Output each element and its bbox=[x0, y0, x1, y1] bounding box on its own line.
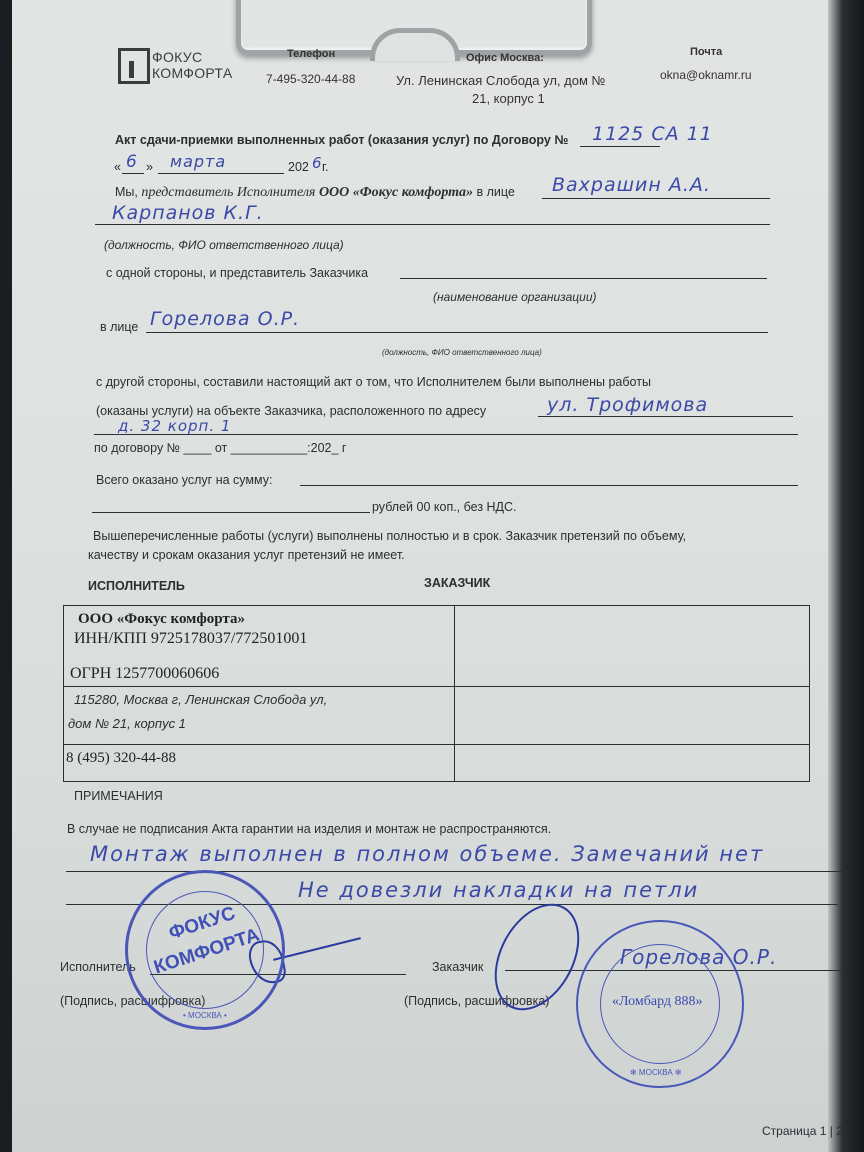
parties-table: ООО «Фокус комфорта» ИНН/КПП 9725178037/… bbox=[63, 605, 810, 782]
mail-label: Почта bbox=[690, 46, 722, 58]
address-prefix: (оказаны услуги) на объекте Заказчика, р… bbox=[96, 404, 486, 418]
complete-line1: Вышеперечисленные работы (услуги) выполн… bbox=[93, 529, 686, 543]
executor-heading: ИСПОЛНИТЕЛЬ bbox=[88, 579, 185, 593]
warranty-text: В случае не подписания Акта гарантии на … bbox=[67, 822, 551, 836]
executor-ogrn: ОГРН 1257700060606 bbox=[70, 665, 219, 683]
logo-line1: ФОКУС bbox=[152, 49, 232, 65]
page-number: Страница 1 | 2 bbox=[762, 1124, 843, 1138]
we-prefix: Мы, bbox=[115, 185, 141, 199]
org-caption: (наименование организации) bbox=[433, 290, 597, 304]
executor-stamp: ФОКУС КОМФОРТА • МОСКВА • bbox=[125, 870, 285, 1030]
date-day-line bbox=[122, 173, 144, 174]
executor-company-inline: ООО «Фокус комфорта» bbox=[319, 185, 473, 200]
one-side-text: с одной стороны, и представитель Заказчи… bbox=[106, 266, 368, 280]
logo-line2: КОМФОРТА bbox=[152, 65, 232, 81]
executor-company-text: ООО «Фокус комфорта» bbox=[78, 611, 245, 627]
customer-heading: ЗАКАЗЧИК bbox=[424, 576, 490, 590]
phone-label: Телефон bbox=[287, 48, 335, 60]
office-label: Офис Москва: bbox=[466, 52, 544, 64]
customer-caption: (должность, ФИО ответственного лица) bbox=[382, 348, 542, 357]
in-person-label: в лице bbox=[100, 320, 138, 334]
office-line1: Ул. Ленинская Слобода ул, дом № bbox=[396, 73, 605, 88]
note2-hand: Не довезли накладки на петли bbox=[298, 878, 699, 902]
rub-text: рублей 00 коп., без НДС. bbox=[372, 500, 517, 514]
total-sum-line bbox=[300, 485, 798, 486]
customer-org-line bbox=[400, 278, 767, 279]
mail-value: okna@oknamr.ru bbox=[660, 68, 752, 82]
executor-inn-kpp: ИНН/КПП 9725178037/772501001 bbox=[74, 630, 307, 648]
total-rub-line bbox=[92, 512, 370, 513]
address-hand2: д. 32 корп. 1 bbox=[118, 417, 231, 435]
we-suffix: в лице bbox=[473, 185, 515, 199]
executor-phone: 8 (495) 320-44-88 bbox=[66, 750, 176, 767]
executor-address2: дом № 21, корпус 1 bbox=[68, 716, 186, 731]
contract-no-line bbox=[580, 146, 660, 147]
customer-stamp-city: ✻ МОСКВА ✻ bbox=[630, 1068, 682, 1077]
column-divider bbox=[454, 606, 455, 781]
other-side-text: с другой стороны, составили настоящий ак… bbox=[96, 375, 651, 389]
paper-edge bbox=[828, 0, 864, 1152]
customer-stamp-text: «Ломбард 888» bbox=[612, 994, 703, 1010]
date-open: « bbox=[114, 160, 121, 174]
executor-sign-label: Исполнитель bbox=[60, 960, 136, 974]
clipboard-clip-bump bbox=[370, 28, 460, 61]
contract-no-hand: 1125 СА 11 bbox=[592, 123, 713, 145]
company-logo: ФОКУС КОМФОРТА bbox=[152, 49, 232, 81]
date-year-prefix: 202 bbox=[288, 160, 309, 174]
executor-name1-hand: Вахрашин А.А. bbox=[552, 174, 711, 196]
date-month-line bbox=[158, 173, 284, 174]
executor-stamp-city: • МОСКВА • bbox=[183, 1011, 227, 1020]
we-italic: представитель Исполнителя bbox=[141, 185, 319, 200]
customer-stamp: «Ломбард 888» ✻ МОСКВА ✻ bbox=[576, 920, 744, 1088]
complete-line2: качеству и срокам оказания услуг претенз… bbox=[88, 548, 405, 562]
date-year-hand: 6 bbox=[312, 154, 323, 172]
customer-name-line bbox=[146, 332, 768, 333]
address-line1 bbox=[538, 416, 793, 417]
customer-sign-label: Заказчик bbox=[432, 960, 483, 974]
contract-ref-line: по договору № ____ от ___________:202_ г bbox=[94, 441, 346, 455]
office-line2: 21, корпус 1 bbox=[472, 91, 545, 106]
date-month-hand: марта bbox=[170, 152, 226, 171]
executor-name-line2 bbox=[95, 224, 770, 225]
phone-value: 7-495-320-44-88 bbox=[266, 72, 355, 86]
total-label: Всего оказано услуг на сумму: bbox=[96, 473, 272, 487]
date-day-hand: 6 bbox=[126, 152, 138, 172]
act-title: Акт сдачи-приемки выполненных работ (ока… bbox=[115, 133, 568, 147]
representative-line: Мы, представитель Исполнителя ООО «Фокус… bbox=[115, 185, 515, 201]
date-year-suffix: г. bbox=[322, 160, 329, 174]
customer-name-hand: Горелова О.Р. bbox=[150, 308, 300, 330]
note1-hand: Монтаж выполнен в полном объеме. Замечан… bbox=[90, 842, 764, 866]
executor-caption: (должность, ФИО ответственного лица) bbox=[104, 238, 344, 252]
executor-name-line1 bbox=[542, 198, 770, 199]
executor-company: ООО «Фокус комфорта» bbox=[78, 611, 245, 628]
logo-icon bbox=[118, 48, 150, 84]
executor-name2-hand: Карпанов К.Г. bbox=[112, 202, 264, 224]
date-close: » bbox=[146, 160, 153, 174]
notes-heading: ПРИМЕЧАНИЯ bbox=[74, 789, 163, 803]
address-hand1: ул. Трофимова bbox=[547, 394, 708, 416]
executor-address1: 115280, Москва г, Ленинская Слобода ул, bbox=[74, 692, 327, 707]
